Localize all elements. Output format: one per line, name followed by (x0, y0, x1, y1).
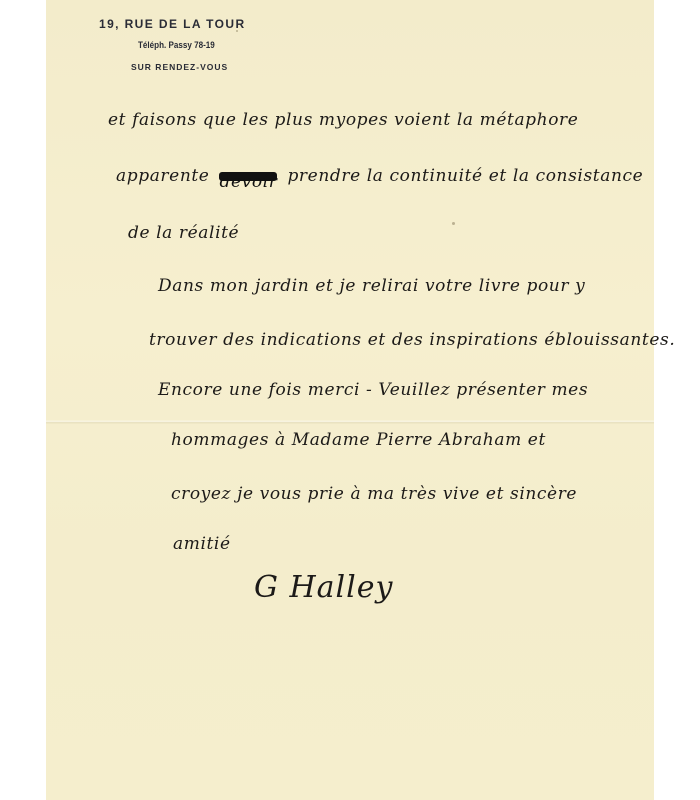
letterhead-phone: Téléph. Passy 78-19 (138, 40, 215, 51)
letterhead-address: 19, RUE DE LA TOUR (99, 17, 246, 31)
letter-line-3: de la réalité (128, 223, 239, 243)
letter-line-1: et faisons que les plus myopes voient la… (108, 110, 578, 130)
letter-line-6: Encore une fois merci - Veuillez présent… (158, 380, 588, 400)
paper-fold (46, 420, 654, 424)
letterhead-appointment: SUR RENDEZ-VOUS (131, 62, 228, 72)
letter-line-9: amitié (173, 534, 231, 554)
letter-line-2-rest: prendre la continuité et la consistance (287, 166, 643, 186)
letter-word-apparente: apparente (116, 166, 209, 186)
letter-paper: 19, RUE DE LA TOUR Téléph. Passy 78-19 S… (46, 0, 654, 800)
letter-line-4: Dans mon jardin et je relirai votre livr… (158, 276, 585, 296)
struck-out-word: devoir (219, 172, 277, 181)
letter-line-8: croyez je vous prie à ma très vive et si… (171, 484, 577, 504)
paper-speck (452, 222, 455, 225)
letter-line-7: hommages à Madame Pierre Abraham et (171, 430, 546, 450)
letter-line-2: apparente devoir prendre la continuité e… (116, 166, 643, 186)
letter-line-5: trouver des indications et des inspirati… (149, 330, 675, 350)
signature: G Halley (254, 570, 393, 605)
